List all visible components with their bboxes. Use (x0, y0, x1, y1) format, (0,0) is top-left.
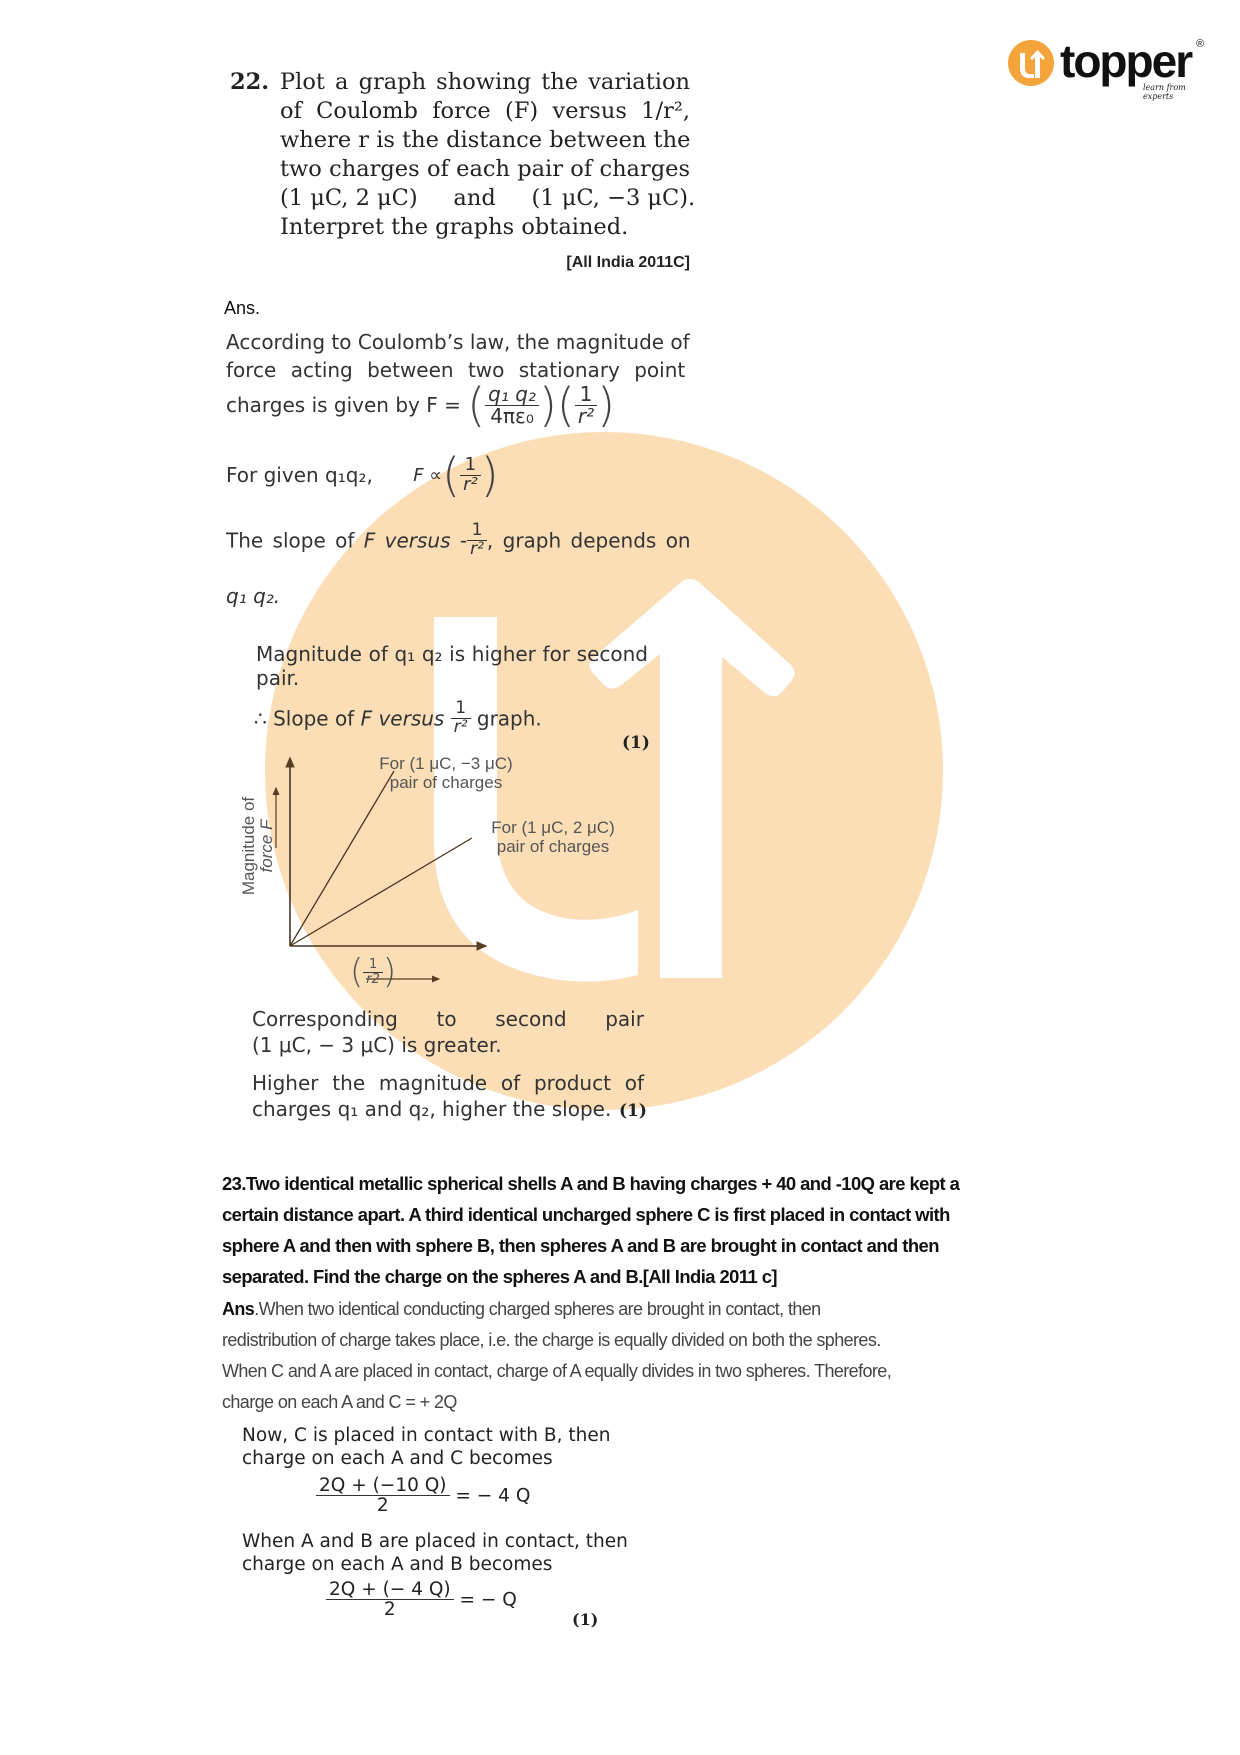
question-line: Plot a graph showing the variation (280, 68, 690, 97)
word: the (332, 1071, 365, 1095)
higher-line: Higher the magnitude of product of (252, 1071, 644, 1095)
question-line: Interpret the graphs obtained. (280, 213, 690, 242)
answer-text: When C and A are placed in contact, char… (222, 1356, 1002, 1387)
question-line: (1 μC, 2 μC) and (1 μC, −3 μC). (280, 184, 690, 213)
word: Corresponding (252, 1007, 398, 1031)
label-line: pair of charges (356, 773, 536, 792)
label-line: For (1 μC, −3 μC) (356, 754, 536, 773)
answer-text: (1 μC, − 3 μC) is greater. (252, 1033, 502, 1057)
logo-tagline: learn from experts (1143, 83, 1208, 101)
answer-text: charges q₁ and q₂, higher the slope. (252, 1097, 611, 1121)
answer-text: charge on each A and C = + 2Q (222, 1387, 1002, 1418)
x-axis-label-numerator: 1 (363, 958, 383, 973)
question-line: where r is the distance between the (280, 126, 690, 155)
inverse-r2-fraction: 1r² (467, 522, 487, 559)
inverse-r2-fraction: 1r² (451, 700, 471, 737)
logo-wordmark: topper (1060, 34, 1191, 88)
x-axis-label: (1r2) (350, 952, 396, 992)
question-line: 23.Two identical metallic spherical shel… (222, 1168, 992, 1199)
logo-u-icon (1008, 40, 1054, 86)
question-22: 22. Plot a graph showing the variation o… (230, 68, 690, 277)
fraction-denominator: r² (460, 476, 481, 495)
therefore-line: ∴ Slope of F versus 1r² graph. (254, 700, 542, 737)
answer-23: Ans.When two identical conducting charge… (222, 1294, 1002, 1418)
fraction-denominator: r² (467, 541, 487, 559)
therefore-symbol: ∴ (254, 706, 267, 730)
question-number: 22. (230, 68, 269, 97)
answer-text: The slope of (226, 528, 354, 552)
fraction-denominator: 4πε₀ (485, 406, 539, 427)
fraction-denominator: r² (451, 719, 471, 737)
y-axis-label-line: force F (258, 786, 276, 906)
word: to (436, 1007, 456, 1031)
answer-text: q₁ q₂. (226, 584, 280, 608)
x-axis-label-denominator: r2 (363, 973, 383, 987)
y-axis-label: Magnitude of force F (240, 786, 276, 906)
fraction-numerator: q₁ q₂ (485, 384, 539, 406)
question-line: two charges of each pair of charges (280, 155, 690, 184)
answer-label: Ans. (224, 298, 260, 319)
formula-fraction: q₁ q₂4πε₀ (485, 384, 539, 427)
proportionality-line: For given q₁q₂, F ∝(1r²) (226, 452, 499, 498)
equation-fraction: 2Q + (−10 Q)2 (316, 1476, 450, 1516)
question-line: of Coulomb force (F) versus 1/r², (280, 97, 690, 126)
word: Higher (252, 1071, 319, 1095)
answer-text: graph. (477, 706, 542, 730)
fraction-numerator: 2Q + (− 4 Q) (326, 1580, 454, 1600)
fraction-numerator: 2Q + (−10 Q) (316, 1476, 450, 1496)
word: second (495, 1007, 566, 1031)
answer-text: .When two identical conducting charged s… (254, 1299, 820, 1319)
answer-text: versus (378, 706, 444, 730)
answer-text: According to Coulomb’s law, the magnitud… (226, 330, 668, 354)
word: magnitude (379, 1071, 487, 1095)
fraction-numerator: 1 (575, 384, 597, 406)
force-vs-inverse-r2-graph: Magnitude of force F For (1 μC, −3 μC) p… (236, 748, 656, 998)
label-line: pair of charges (468, 837, 638, 856)
fraction-numerator: 1 (460, 456, 481, 476)
equation-result: = − 4 Q (455, 1485, 530, 1506)
answer-text: F (364, 528, 376, 552)
proportional-symbol: F ∝ (413, 465, 442, 486)
answer-text: - (460, 528, 467, 552)
answer-text: F (361, 706, 373, 730)
y-axis-label-line: Magnitude of (240, 786, 258, 906)
shallow-line-label: For (1 μC, 2 μC) pair of charges (468, 818, 638, 856)
fraction-denominator: 2 (316, 1496, 450, 1515)
answer-text: versus (385, 528, 451, 552)
inverse-r2-fraction: 1r² (460, 456, 481, 495)
answer-text: redistribution of charge takes place, i.… (222, 1325, 1002, 1356)
word: product (534, 1071, 611, 1095)
answer-text: charge on each A and B becomes (242, 1553, 552, 1576)
word: of (501, 1071, 520, 1095)
equation-fraction: 2Q + (− 4 Q)2 (326, 1580, 454, 1620)
marks-badge: (1) (572, 1610, 598, 1629)
steep-line-label: For (1 μC, −3 μC) pair of charges (356, 754, 536, 792)
question-source: [All India 2011C] (230, 248, 690, 277)
word: of (625, 1071, 644, 1095)
question-line: sphere A and then with sphere B, then sp… (222, 1230, 992, 1261)
question-23: 23.Two identical metallic spherical shel… (222, 1168, 992, 1292)
answer-text: When A and B are placed in contact, then (242, 1530, 628, 1553)
question-line: separated. Find the charge on the sphere… (222, 1261, 992, 1292)
answer-text: , graph depends on (487, 528, 691, 552)
fraction-denominator: 2 (326, 1600, 454, 1619)
answer-text: Magnitude of q₁ q₂ is higher for second (256, 642, 648, 666)
answer-label: Ans (222, 1299, 254, 1319)
answer-text: charges is given by F = (226, 393, 461, 417)
answer-text: Slope of (273, 706, 354, 730)
marks-badge: (1) (619, 1101, 647, 1121)
answer-text: For given q₁q₂, (226, 463, 373, 487)
corresponding-line: Corresponding to second pair (252, 1007, 644, 1031)
fraction-denominator: r² (575, 406, 597, 427)
answer-text: Now, C is placed in contact with B, then (242, 1424, 610, 1447)
equation-result: = − Q (460, 1589, 517, 1610)
question-line: certain distance apart. A third identica… (222, 1199, 992, 1230)
registered-mark: ® (1196, 38, 1204, 50)
inverse-r2-fraction: 1r² (575, 384, 597, 427)
equation-1: 2Q + (−10 Q)2 = − 4 Q (316, 1476, 530, 1516)
word: pair (605, 1007, 644, 1031)
answer-text: charge on each A and C becomes (242, 1447, 553, 1470)
topper-logo: topper learn from experts ® (1008, 38, 1208, 98)
question-22-text: Plot a graph showing the variation of Co… (280, 68, 690, 242)
answer-text: pair. (256, 666, 299, 690)
coulomb-formula-line: charges is given by F = (q₁ q₂4πε₀)(1r²) (226, 382, 615, 428)
slope-line: The slope of F versus -1r², graph depend… (226, 522, 691, 559)
label-line: For (1 μC, 2 μC) (468, 818, 638, 837)
equation-2: 2Q + (− 4 Q)2 = − Q (326, 1580, 517, 1620)
